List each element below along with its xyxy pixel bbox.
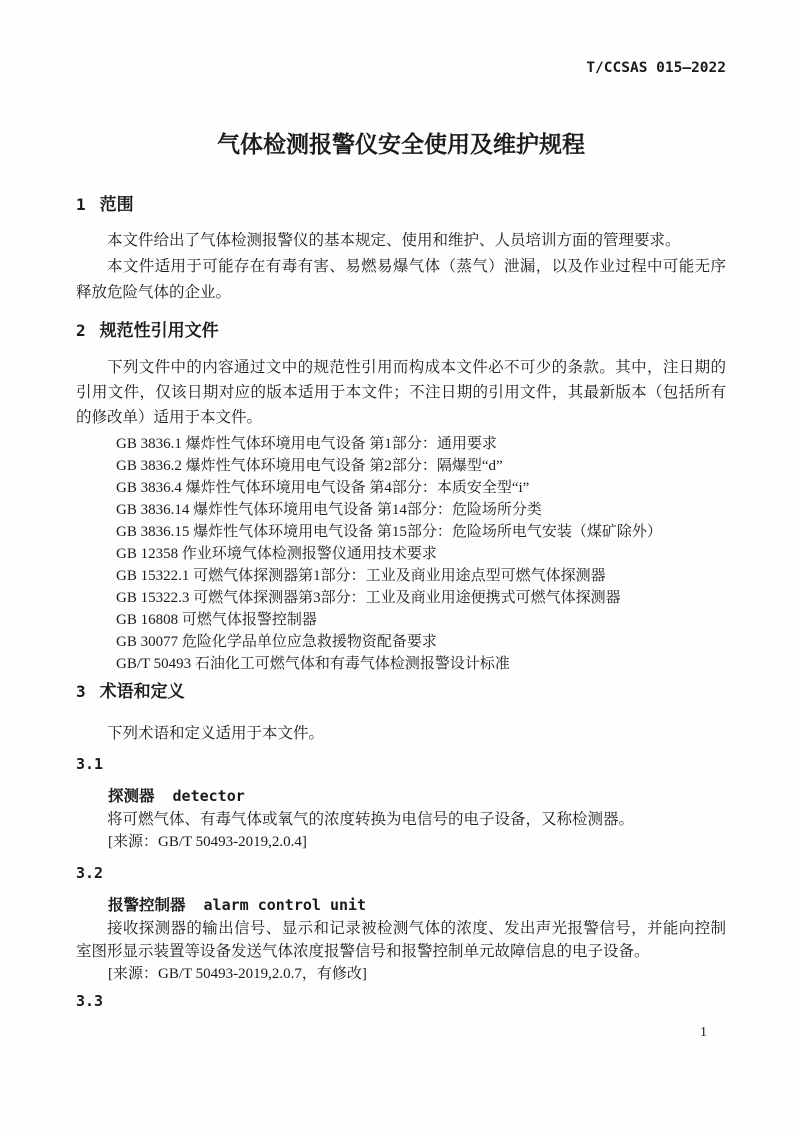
term-name-en: alarm control unit xyxy=(204,896,367,914)
section-3-intro: 下列术语和定义适用于本文件。 xyxy=(76,721,726,746)
section-1-paragraph-1: 本文件给出了气体检测报警仪的基本规定、使用和维护、人员培训方面的管理要求。 xyxy=(76,228,726,254)
reference-item: GB/T 50493 石油化工可燃气体和有毒气体检测报警设计标准 xyxy=(76,653,726,675)
page-number: 1 xyxy=(700,1024,707,1042)
term-definition: 将可燃气体、有毒气体或氧气的浓度转换为电信号的电子设备，又称检测器。 xyxy=(76,808,726,831)
normative-references-list: GB 3836.1 爆炸性气体环境用电气设备 第1部分：通用要求 GB 3836… xyxy=(76,433,726,675)
term-source: [来源：GB/T 50493-2019,2.0.4] xyxy=(76,831,726,854)
section-1-number: 1 xyxy=(76,194,86,216)
reference-item: GB 3836.2 爆炸性气体环境用电气设备 第2部分：隔爆型“d” xyxy=(76,455,726,477)
reference-item: GB 3836.4 爆炸性气体环境用电气设备 第4部分：本质安全型“i” xyxy=(76,477,726,499)
reference-item: GB 3836.14 爆炸性气体环境用电气设备 第14部分：危险场所分类 xyxy=(76,499,726,521)
term-name-cn: 探测器 xyxy=(108,788,155,805)
reference-item: GB 3836.1 爆炸性气体环境用电气设备 第1部分：通用要求 xyxy=(76,433,726,455)
section-2-intro: 下列文件中的内容通过文中的规范性引用而构成本文件必不可少的条款。其中，注日期的引… xyxy=(76,355,726,430)
doc-number: T/CCSAS 015—2022 xyxy=(76,60,726,76)
section-2-label: 规范性引用文件 xyxy=(100,320,219,342)
reference-item: GB 3836.15 爆炸性气体环境用电气设备 第15部分：危险场所电气安装（煤… xyxy=(76,521,726,543)
clause-number-3-2: 3.2 xyxy=(76,863,726,883)
document-title: 气体检测报警仪安全使用及维护规程 xyxy=(76,128,726,160)
clause-number-3-1: 3.1 xyxy=(76,754,726,774)
page-content: T/CCSAS 015—2022 气体检测报警仪安全使用及维护规程 1 范围 本… xyxy=(76,0,726,1011)
term-name-cn: 报警控制器 xyxy=(108,897,186,914)
section-2-number: 2 xyxy=(76,320,86,342)
section-3-label: 术语和定义 xyxy=(100,681,185,703)
clause-number-3-3: 3.3 xyxy=(76,991,726,1011)
term-name-en: detector xyxy=(173,787,245,805)
section-3-number: 3 xyxy=(76,681,86,703)
term-source: [来源：GB/T 50493-2019,2.0.7，有修改] xyxy=(76,963,726,986)
reference-item: GB 30077 危险化学品单位应急救援物资配备要求 xyxy=(76,631,726,653)
section-1-paragraph-2: 本文件适用于可能存在有毒有害、易燃易爆气体（蒸气）泄漏，以及作业过程中可能无序释… xyxy=(76,254,726,306)
term-entry: 探测器 detector xyxy=(76,785,726,808)
reference-item: GB 15322.3 可燃气体探测器第3部分：工业及商业用途便携式可燃气体探测器 xyxy=(76,587,726,609)
document-page: T/CCSAS 015—2022 气体检测报警仪安全使用及维护规程 1 范围 本… xyxy=(0,0,800,1131)
section-1-label: 范围 xyxy=(100,194,134,216)
section-1-heading: 1 范围 xyxy=(76,194,726,216)
term-entry: 报警控制器 alarm control unit xyxy=(76,894,726,917)
section-3-heading: 3 术语和定义 xyxy=(76,681,726,703)
reference-item: GB 16808 可燃气体报警控制器 xyxy=(76,609,726,631)
term-definition: 接收探测器的输出信号、显示和记录被检测气体的浓度、发出声光报警信号，并能向控制室… xyxy=(76,917,726,963)
reference-item: GB 15322.1 可燃气体探测器第1部分：工业及商业用途点型可燃气体探测器 xyxy=(76,565,726,587)
section-2-heading: 2 规范性引用文件 xyxy=(76,320,726,342)
reference-item: GB 12358 作业环境气体检测报警仪通用技术要求 xyxy=(76,543,726,565)
